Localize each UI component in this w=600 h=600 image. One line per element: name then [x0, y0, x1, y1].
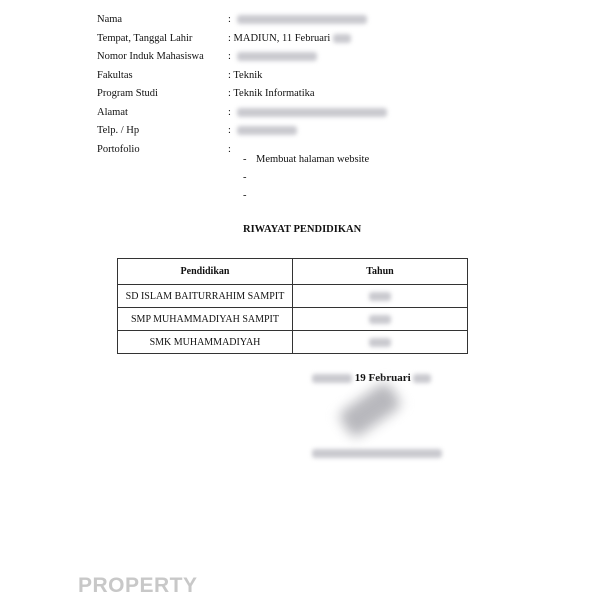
redacted-value — [237, 52, 317, 61]
education-table: Pendidikan Tahun SD ISLAM BAITURRAHIM SA… — [117, 258, 468, 354]
field-value: : Teknik — [228, 68, 262, 84]
education-heading: RIWAYAT PENDIDIKAN — [243, 224, 361, 235]
portfolio-item: - — [243, 190, 247, 201]
school-cell: SMP MUHAMMADIYAH SAMPIT — [118, 308, 293, 331]
header-pendidikan: Pendidikan — [118, 259, 293, 285]
signature-name — [312, 444, 442, 462]
school-cell: SD ISLAM BAITURRAHIM SAMPIT — [118, 285, 293, 308]
signature-date: 19 Februari — [312, 372, 431, 384]
field-label: Alamat — [97, 105, 128, 121]
field-value: : — [228, 105, 387, 121]
field-label: Tempat, Tanggal Lahir — [97, 31, 192, 47]
field-value: : — [228, 142, 231, 158]
redacted-value — [237, 108, 387, 117]
header-tahun: Tahun — [293, 259, 468, 285]
field-label: Fakultas — [97, 68, 133, 84]
field-value: : Teknik Informatika — [228, 86, 315, 102]
field-value: : — [228, 12, 367, 28]
redacted-value — [237, 15, 367, 24]
field-label: Telp. / Hp — [97, 123, 139, 139]
table-row: SD ISLAM BAITURRAHIM SAMPIT — [118, 285, 468, 308]
school-cell: SMK MUHAMMADIYAH — [118, 331, 293, 354]
field-value: : — [228, 123, 297, 139]
year-cell — [293, 285, 468, 308]
table-row: SMP MUHAMMADIYAH SAMPIT — [118, 308, 468, 331]
year-cell — [293, 308, 468, 331]
field-label: Nomor Induk Mahasiswa — [97, 49, 204, 65]
field-value: : MADIUN, 11 Februari — [228, 31, 351, 47]
redacted-value — [333, 34, 351, 43]
redacted-place — [312, 374, 352, 383]
redacted-value — [237, 126, 297, 135]
field-label: Portofolio — [97, 142, 140, 158]
redacted-year — [413, 374, 431, 383]
table-row: SMK MUHAMMADIYAH — [118, 331, 468, 354]
signature-mark — [337, 381, 403, 440]
field-label: Program Studi — [97, 86, 158, 102]
watermark: PROPERTY — [78, 574, 198, 598]
field-value: : — [228, 49, 317, 65]
field-label: Nama — [97, 12, 122, 28]
portfolio-item: -Membuat halaman website — [243, 154, 247, 165]
year-cell — [293, 331, 468, 354]
portfolio-item: - — [243, 172, 247, 183]
